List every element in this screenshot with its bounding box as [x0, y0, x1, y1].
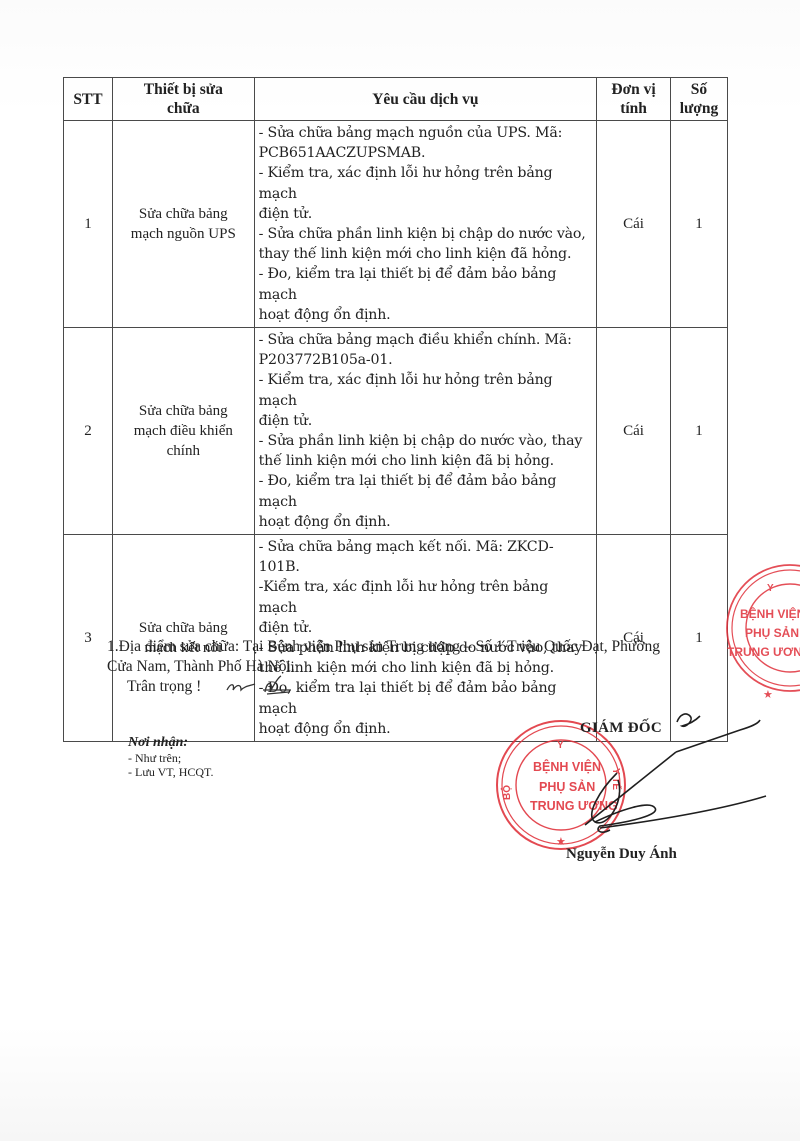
signer-name: Nguyễn Duy Ánh: [566, 846, 677, 863]
request-line: -Kiểm tra, xác định lỗi hư hỏng trên bản…: [259, 577, 590, 617]
request-line: PCB651AACZUPSMAB.: [259, 143, 590, 163]
request-line: - Kiểm tra, xác định lỗi hư hỏng trên bả…: [259, 370, 590, 410]
row-stt: 2: [64, 328, 113, 535]
request-line: - Sửa chữa bảng mạch kết nối. Mã: ZKCD-: [259, 537, 590, 557]
repair-location: 1.Địa điểm sửa chữa: Tại Bệnh viện Phụ s…: [107, 637, 737, 677]
initials-signature-icon: [225, 672, 295, 702]
device-line: chính: [167, 443, 200, 459]
request-line: hoạt động ổn định.: [259, 305, 590, 325]
request-line: thế linh kiện mới cho linh kiện đã bị hỏ…: [259, 451, 590, 471]
row-unit: Cái: [597, 328, 671, 535]
request-line: - Sửa phần linh kiện bị chập do nước vào…: [259, 431, 590, 451]
device-line: mạch điều khiển: [134, 423, 233, 439]
header-unit-line: tính: [620, 100, 647, 117]
table-row: 2 Sửa chữa bảng mạch điều khiển chính - …: [64, 328, 728, 535]
request-line: - Sửa chữa phần linh kiện bị chập do nướ…: [259, 224, 590, 244]
row-unit: Cái: [597, 121, 671, 328]
request-line: - Đo, kiểm tra lại thiết bị để đảm bảo b…: [259, 678, 590, 718]
request-line: điện tử.: [259, 204, 590, 224]
table-header-row: STT Thiết bị sửa chữa Yêu cầu dịch vụ Đơ…: [64, 78, 728, 121]
recipients-block: Nơi nhận: - Như trên; - Lưu VT, HCQT.: [128, 735, 214, 779]
row-device: Sửa chữa bảng mạch nguồn UPS: [112, 121, 254, 328]
closing-text: Trân trọng !: [127, 678, 201, 696]
header-stt: STT: [64, 78, 113, 121]
row-quantity: 1: [670, 121, 727, 328]
header-quantity-line: lượng: [680, 100, 719, 117]
request-line: hoạt động ổn định.: [259, 512, 590, 532]
recipient-item: - Lưu VT, HCQT.: [128, 765, 214, 779]
device-line: mạch nguồn UPS: [131, 226, 236, 242]
row-stt: 1: [64, 121, 113, 328]
header-unit: Đơn vị tính: [597, 78, 671, 121]
recipients-title: Nơi nhận:: [128, 735, 214, 751]
request-line: - Sửa chữa bảng mạch nguồn của UPS. Mã:: [259, 123, 590, 143]
header-request: Yêu cầu dịch vụ: [254, 78, 596, 121]
request-line: hoạt động ổn định.: [259, 719, 590, 739]
row-stt: 3: [64, 535, 113, 742]
header-device: Thiết bị sửa chữa: [112, 78, 254, 121]
request-line: 101B.: [259, 557, 590, 577]
header-quantity-line: Số: [691, 81, 707, 98]
signature-title: GIÁM ĐỐC: [580, 720, 662, 737]
header-device-line: Thiết bị sửa: [144, 81, 223, 98]
device-line: Sửa chữa bảng: [139, 206, 228, 222]
request-line: thay thế linh kiện mới cho linh kiện đã …: [259, 244, 590, 264]
address-line: Cửa Nam, Thành Phố Hà Nội.: [107, 657, 737, 677]
request-line: - Đo, kiểm tra lại thiết bị để đảm bảo b…: [259, 471, 590, 511]
request-line: P203772B105a-01.: [259, 350, 590, 370]
request-line: - Kiểm tra, xác định lỗi hư hỏng trên bả…: [259, 163, 590, 203]
request-line: điện tử.: [259, 411, 590, 431]
header-device-line: chữa: [167, 100, 200, 117]
row-request: - Sửa chữa bảng mạch nguồn của UPS. Mã: …: [254, 121, 596, 328]
row-request: - Sửa chữa bảng mạch điều khiển chính. M…: [254, 328, 596, 535]
request-line: - Đo, kiểm tra lại thiết bị để đảm bảo b…: [259, 264, 590, 304]
recipient-item: - Như trên;: [128, 751, 214, 765]
table-row: 1 Sửa chữa bảng mạch nguồn UPS - Sửa chữ…: [64, 121, 728, 328]
header-unit-line: Đơn vị: [611, 81, 655, 98]
device-line: Sửa chữa bảng: [139, 620, 228, 636]
request-line: - Sửa chữa bảng mạch điều khiển chính. M…: [259, 330, 590, 350]
device-line: Sửa chữa bảng: [139, 403, 228, 419]
row-device: Sửa chữa bảng mạch điều khiển chính: [112, 328, 254, 535]
request-line: điện tử.: [259, 618, 590, 638]
row-quantity: 1: [670, 328, 727, 535]
header-quantity: Số lượng: [670, 78, 727, 121]
address-line: 1.Địa điểm sửa chữa: Tại Bệnh viện Phụ s…: [107, 637, 737, 657]
